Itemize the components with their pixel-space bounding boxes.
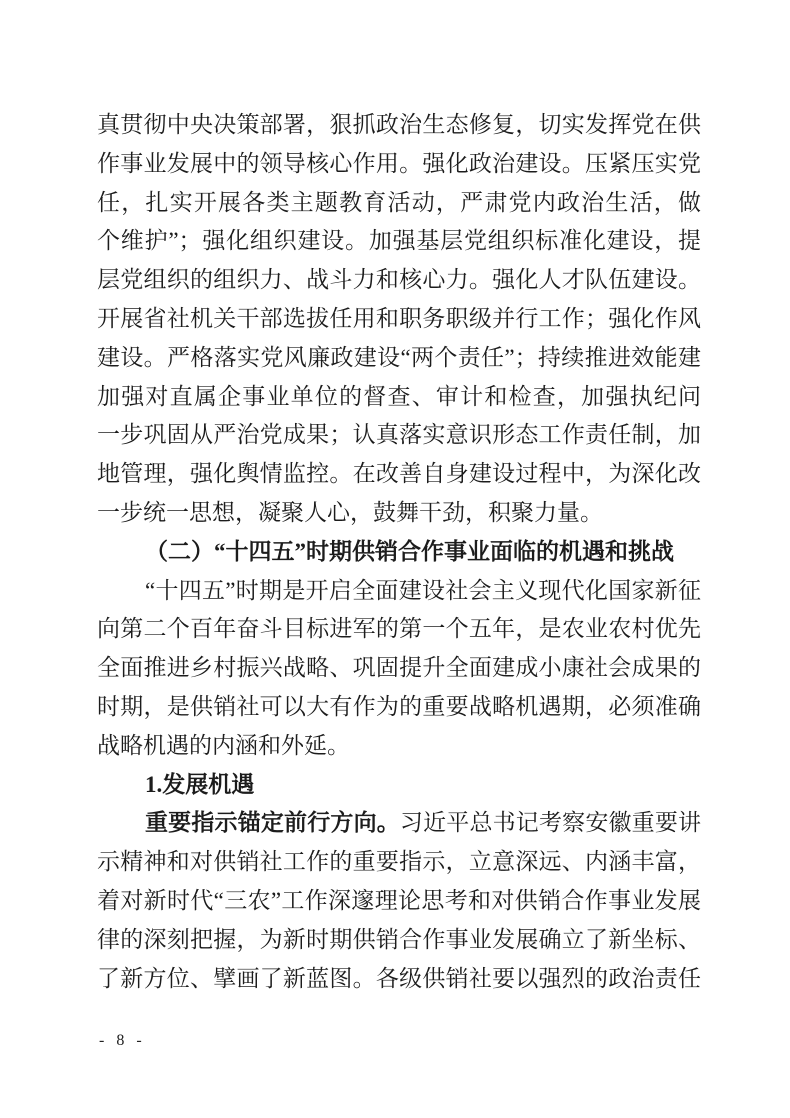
body-line: “十四五”时期是开启全面建设社会主义现代化国家新征程、 <box>97 572 701 611</box>
body-line: 真贯彻中央决策部署，狠抓政治生态修复，切实发挥党在供销合 <box>97 106 701 145</box>
page-number: - 8 - <box>99 1032 146 1050</box>
document-page: 真贯彻中央决策部署，狠抓政治生态修复，切实发挥党在供销合 作事业发展中的领导核心… <box>0 0 790 1118</box>
body-line: 重要指示锚定前行方向。习近平总书记考察安徽重要讲话指 <box>97 804 701 843</box>
body-line: 层党组织的组织力、战斗力和核心力。强化人才队伍建设。规范 <box>97 261 701 300</box>
body-line: 律的深刻把握，为新时期供销合作事业发展确立了新坐标、锚定 <box>97 921 701 960</box>
body-line: 全面推进乡村振兴战略、巩固提升全面建成小康社会成果的关键 <box>97 649 701 688</box>
body-line: 战略机遇的内涵和外延。 <box>97 727 701 766</box>
body-line: 地管理，强化舆情监控。在改善自身建设过程中，为深化改革进 <box>97 455 701 494</box>
body-line: 建设。严格落实党风廉政建设“两个责任”；持续推进效能建设。 <box>97 339 701 378</box>
body-line: 个维护”；强化组织建设。加强基层党组织标准化建设，提升基 <box>97 222 701 261</box>
text-block: 真贯彻中央决策部署，狠抓政治生态修复，切实发挥党在供销合 作事业发展中的领导核心… <box>97 106 701 998</box>
body-line: 一步统一思想，凝聚人心，鼓舞干劲，积聚力量。 <box>97 494 701 533</box>
section-heading: （二）“十四五”时期供销合作事业面临的机遇和挑战 <box>97 533 701 572</box>
body-line: 一步巩固从严治党成果；认真落实意识形态工作责任制，加强阵 <box>97 416 701 455</box>
body-line: 示精神和对供销社工作的重要指示，立意深远、内涵丰富，凝结 <box>97 843 701 882</box>
body-line: 时期，是供销社可以大有作为的重要战略机遇期，必须准确把握 <box>97 688 701 727</box>
body-line: 向第二个百年奋斗目标进军的第一个五年，是农业农村优先发展、 <box>97 610 701 649</box>
body-line: 作事业发展中的领导核心作用。强化政治建设。压紧压实党建责 <box>97 145 701 184</box>
lead-bold-text: 重要指示锚定前行方向。 <box>145 810 400 835</box>
body-line: 加强对直属企事业单位的督查、审计和检查，加强执纪问责，进 <box>97 378 701 417</box>
body-line: 了新方位、擘画了新蓝图。各级供销社要以强烈的政治责任感和 <box>97 960 701 999</box>
body-line: 任，扎实开展各类主题教育活动，严肃党内政治生活，做到“两 <box>97 184 701 223</box>
body-line: 开展省社机关干部选拔任用和职务职级并行工作；强化作风纪律 <box>97 300 701 339</box>
body-line: 着对新时代“三农”工作深邃理论思考和对供销合作事业发展规 <box>97 882 701 921</box>
subsection-heading: 1.发展机遇 <box>97 766 701 805</box>
